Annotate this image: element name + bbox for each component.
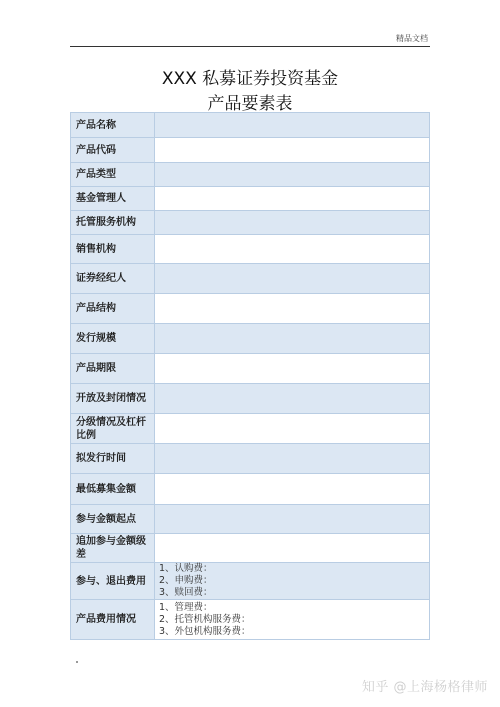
field-label: 托管服务机构 bbox=[71, 211, 155, 235]
fee-item: 2、申购费： bbox=[159, 575, 424, 587]
field-label: 产品代码 bbox=[71, 138, 155, 163]
field-value[interactable] bbox=[155, 113, 430, 138]
field-label: 最低募集金额 bbox=[71, 474, 155, 505]
field-label: 参与、退出费用 bbox=[71, 563, 155, 600]
table-row: 拟发行时间 bbox=[71, 444, 430, 474]
field-label: 产品结构 bbox=[71, 294, 155, 324]
fee-item: 1、认购费： bbox=[159, 563, 424, 575]
field-label: 拟发行时间 bbox=[71, 444, 155, 474]
header-rule bbox=[70, 46, 430, 47]
table-row: 产品费用情况1、管理费：2、托管机构服务费：3、外包机构服务费： bbox=[71, 600, 430, 640]
field-value[interactable] bbox=[155, 384, 430, 414]
field-label: 参与金额起点 bbox=[71, 505, 155, 534]
field-value[interactable] bbox=[155, 211, 430, 235]
field-label: 销售机构 bbox=[71, 235, 155, 264]
field-value[interactable] bbox=[155, 354, 430, 384]
field-value[interactable] bbox=[155, 187, 430, 211]
table-row: 参与金额起点 bbox=[71, 505, 430, 534]
fee-item: 1、管理费： bbox=[159, 602, 424, 614]
field-value[interactable] bbox=[155, 138, 430, 163]
field-label: 发行规模 bbox=[71, 324, 155, 354]
field-label: 分级情况及杠杆比例 bbox=[71, 414, 155, 444]
table-row: 证券经纪人 bbox=[71, 264, 430, 294]
fee-item: 2、托管机构服务费： bbox=[159, 614, 424, 626]
field-value[interactable] bbox=[155, 294, 430, 324]
field-value[interactable]: 1、管理费：2、托管机构服务费：3、外包机构服务费： bbox=[155, 600, 430, 640]
table-row: 销售机构 bbox=[71, 235, 430, 264]
field-label: 产品期限 bbox=[71, 354, 155, 384]
table-row: 产品结构 bbox=[71, 294, 430, 324]
field-value[interactable]: 1、认购费：2、申购费：3、赎回费： bbox=[155, 563, 430, 600]
page-marker bbox=[76, 661, 78, 663]
table-row: 开放及封闭情况 bbox=[71, 384, 430, 414]
table-row: 产品代码 bbox=[71, 138, 430, 163]
field-label: 产品类型 bbox=[71, 163, 155, 187]
field-value[interactable] bbox=[155, 534, 430, 563]
table-row: 产品类型 bbox=[71, 163, 430, 187]
field-value[interactable] bbox=[155, 444, 430, 474]
table-row: 基金管理人 bbox=[71, 187, 430, 211]
table-row: 参与、退出费用1、认购费：2、申购费：3、赎回费： bbox=[71, 563, 430, 600]
header-label: 精品文档 bbox=[396, 33, 428, 44]
field-label: 开放及封闭情况 bbox=[71, 384, 155, 414]
field-value[interactable] bbox=[155, 474, 430, 505]
table-row: 最低募集金额 bbox=[71, 474, 430, 505]
field-value[interactable] bbox=[155, 505, 430, 534]
document-title-line1: XXX 私募证券投资基金 bbox=[0, 64, 500, 89]
field-label: 追加参与金额级差 bbox=[71, 534, 155, 563]
field-value[interactable] bbox=[155, 414, 430, 444]
document-title-line2: 产品要素表 bbox=[0, 89, 500, 114]
field-value[interactable] bbox=[155, 324, 430, 354]
fee-item: 3、外包机构服务费： bbox=[159, 626, 424, 638]
field-value[interactable] bbox=[155, 235, 430, 264]
table-row: 产品名称 bbox=[71, 113, 430, 138]
field-value[interactable] bbox=[155, 163, 430, 187]
field-label: 证券经纪人 bbox=[71, 264, 155, 294]
zhihu-watermark: 知乎 @上海杨格律师 bbox=[362, 676, 488, 695]
table-row: 追加参与金额级差 bbox=[71, 534, 430, 563]
table-row: 产品期限 bbox=[71, 354, 430, 384]
field-value[interactable] bbox=[155, 264, 430, 294]
fee-item: 3、赎回费： bbox=[159, 587, 424, 599]
product-elements-table: 产品名称产品代码产品类型基金管理人托管服务机构销售机构证券经纪人产品结构发行规模… bbox=[70, 112, 430, 640]
field-label: 基金管理人 bbox=[71, 187, 155, 211]
table-row: 分级情况及杠杆比例 bbox=[71, 414, 430, 444]
table-row: 托管服务机构 bbox=[71, 211, 430, 235]
field-label: 产品名称 bbox=[71, 113, 155, 138]
field-label: 产品费用情况 bbox=[71, 600, 155, 640]
table-row: 发行规模 bbox=[71, 324, 430, 354]
